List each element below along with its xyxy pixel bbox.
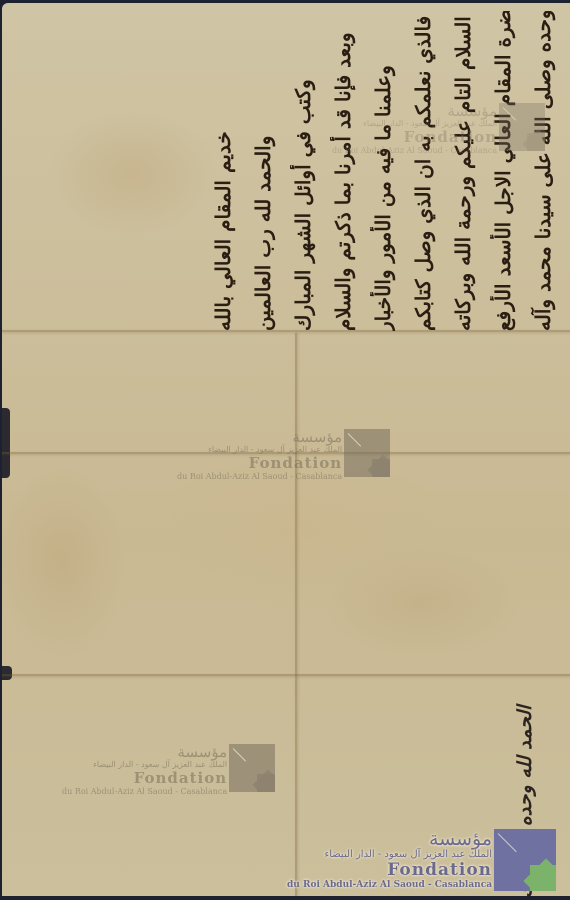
watermark-french-title: Fondation	[387, 861, 492, 880]
watermark-french-subtitle: du Roi Abdul-Aziz Al Saoud - Casablanca	[332, 146, 497, 156]
watermark-french-subtitle: du Roi Abdul-Aziz Al Saoud - Casablanca	[62, 787, 227, 797]
star-icon	[530, 865, 556, 891]
watermark-text: مؤسسة الملك عبد العزيز آل سعود - الدار ا…	[332, 103, 499, 156]
watermark-french-title: Fondation	[404, 129, 498, 146]
watermark-text: مؤسسة الملك عبد العزيز آل سعود - الدار ا…	[177, 429, 344, 482]
watermark: مؤسسة الملك عبد العزيز آل سعود - الدار ا…	[177, 429, 390, 482]
manuscript-line: الحمد لله وحده وصلى الله على سيدنا محمد …	[530, 11, 556, 331]
fold-line-horizontal	[2, 674, 570, 676]
watermark-arabic-title: مؤسسة	[177, 744, 227, 760]
watermark-arabic-title: مؤسسة	[429, 829, 492, 849]
edge-mark	[2, 408, 10, 478]
manuscript-line: وبعد فإنا قد أمرنا بما ذكرتم والسلام	[330, 11, 356, 331]
manuscript-line: فالذي نعلمكم به ان الذي وصل كتابكم	[410, 11, 436, 331]
foundation-logo-icon	[344, 429, 390, 477]
watermark: مؤسسة الملك عبد العزيز آل سعود - الدار ا…	[332, 103, 545, 156]
watermark-french-title: Fondation	[134, 770, 228, 787]
manuscript-text-block: الحمد لله وحده وصلى الله على سيدنا محمد …	[152, 3, 570, 343]
watermark-text: مؤسسة الملك عبد العزيز آل سعود - الدار ا…	[287, 829, 494, 891]
foundation-logo-icon	[229, 744, 275, 792]
manuscript-page: الحمد لله وحده وصلى الله على سيدنا محمد …	[2, 3, 570, 896]
watermark-french-title: Fondation	[249, 455, 343, 472]
manuscript-line: بعد السلام التام عليكم ورحمة الله وبركات…	[450, 11, 476, 331]
foundation-logo-icon	[499, 103, 545, 151]
manuscript-line: وكتب في أوائل الشهر المبارك	[290, 11, 316, 331]
watermark-french-subtitle: du Roi Abdul-Aziz Al Saoud - Casablanca	[177, 472, 342, 482]
watermark-text: مؤسسة الملك عبد العزيز آل سعود - الدار ا…	[62, 744, 229, 797]
watermark-french-subtitle: du Roi Abdul-Aziz Al Saoud - Casablanca	[287, 880, 492, 891]
fold-line-vertical	[295, 333, 297, 896]
watermark: مؤسسة الملك عبد العزيز آل سعود - الدار ا…	[62, 744, 275, 797]
manuscript-line: وعلمنا ما فيه من الأمور والأخبار	[370, 11, 396, 331]
manuscript-line: خديم المقام العالي بالله	[210, 11, 236, 331]
star-icon	[257, 774, 275, 792]
foundation-logo-icon	[494, 829, 556, 891]
manuscript-line: الى حضرة المقام العالي الاجل الأسعد الأر…	[490, 11, 516, 331]
watermark-arabic-title: مؤسسة	[292, 429, 342, 445]
manuscript-line: والحمد لله رب العالمين	[250, 11, 276, 331]
document-viewer: الحمد لله وحده وصلى الله على سيدنا محمد …	[0, 0, 570, 900]
edge-mark	[2, 666, 12, 680]
watermark-logo-primary: مؤسسة الملك عبد العزيز آل سعود - الدار ا…	[287, 829, 556, 891]
star-icon	[527, 133, 545, 151]
star-icon	[372, 459, 390, 477]
watermark-arabic-title: مؤسسة	[447, 103, 497, 119]
